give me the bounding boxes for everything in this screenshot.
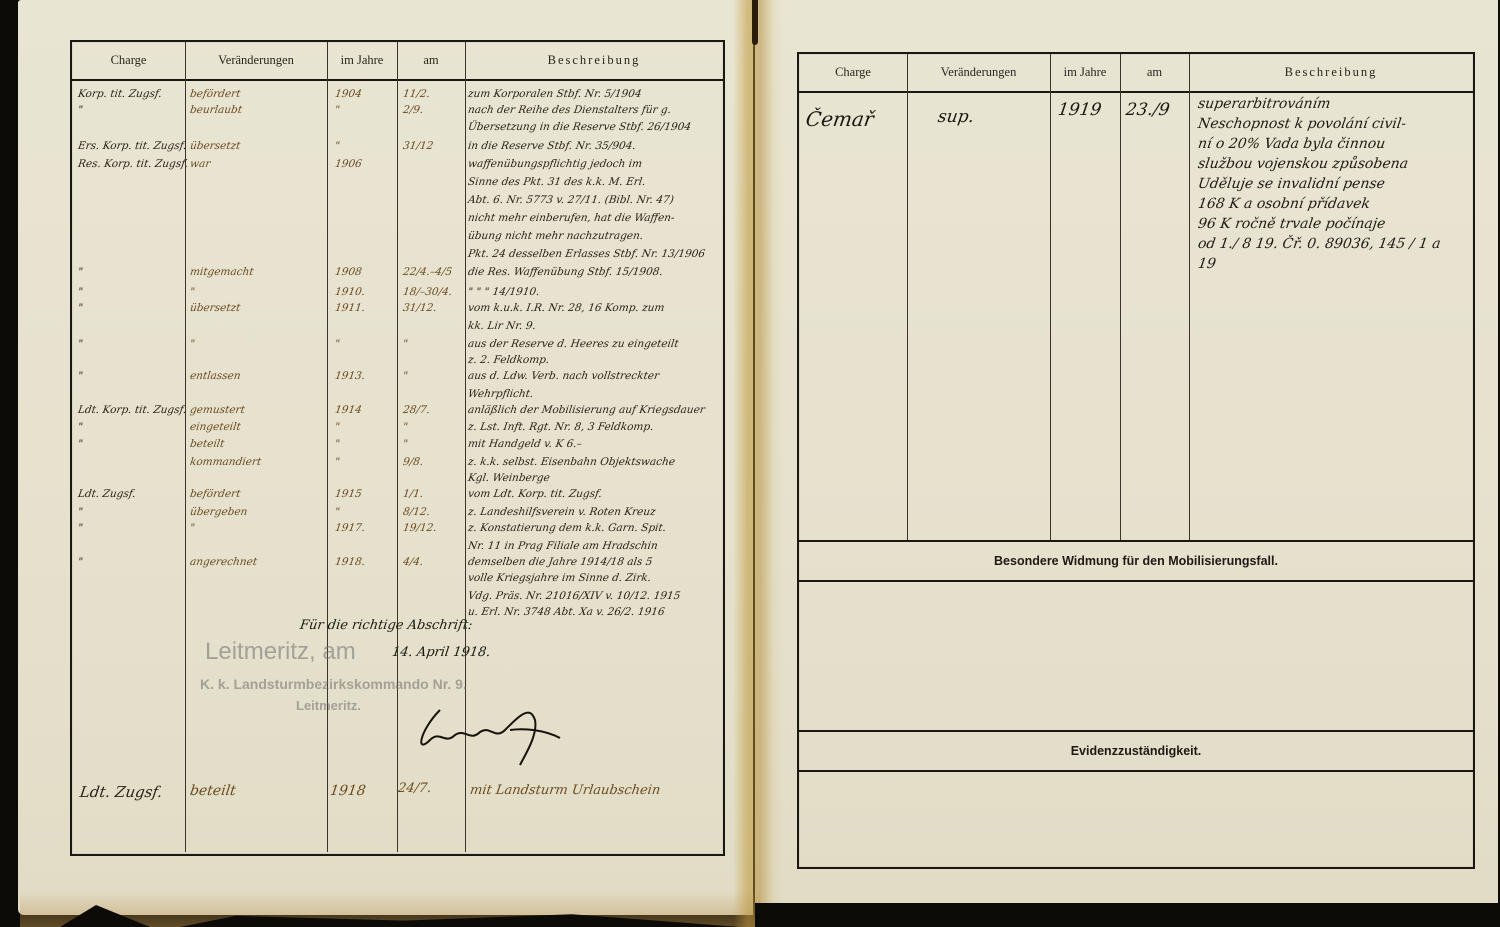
signature-icon bbox=[410, 700, 570, 770]
row-description: die Res. Waffenübung Stbf. 15/1908. bbox=[467, 266, 663, 278]
row-description: waffenübungspflichtig jedoch im bbox=[467, 158, 643, 170]
row-change: befördert bbox=[189, 488, 241, 500]
row-change: gemustert bbox=[189, 404, 245, 416]
stamp-city: Leitmeritz. bbox=[296, 698, 361, 713]
stamp-place: Leitmeritz, am bbox=[205, 638, 356, 666]
final-row-year: 1918 bbox=[329, 783, 367, 799]
description-line: službou vojenskou způsobena bbox=[1197, 156, 1409, 172]
right-row-year: 1919 bbox=[1057, 100, 1103, 120]
column-rule bbox=[1189, 54, 1190, 540]
row-date: 19/12. bbox=[402, 522, 437, 534]
row-description: übung nicht mehr nachzutragen. bbox=[467, 230, 644, 242]
final-row-charge: Ldt. Zugsf. bbox=[79, 783, 164, 801]
row-change: befördert bbox=[189, 88, 241, 100]
col-charge: Charge bbox=[72, 42, 185, 79]
row-description: Kgl. Weinberge bbox=[467, 472, 550, 484]
right-record-table: Charge Veränderungen im Jahre am Beschre… bbox=[797, 52, 1475, 869]
row-change: angerechnet bbox=[189, 556, 258, 568]
row-description: Pkt. 24 desselben Erlasses Stbf. Nr. 13/… bbox=[467, 248, 706, 260]
row-year: 1908 bbox=[334, 266, 362, 278]
row-description: z. Konstatierung dem k.k. Garn. Spit. bbox=[467, 522, 667, 534]
row-description: anläßlich der Mobilisierung auf Kriegsda… bbox=[467, 404, 706, 416]
row-description: aus der Reserve d. Heeres zu eingeteilt bbox=[467, 338, 679, 350]
table-header: Charge Veränderungen im Jahre am Beschre… bbox=[799, 54, 1473, 93]
row-description: z. 2. Feldkomp. bbox=[467, 354, 550, 366]
row-year: 1906 bbox=[334, 158, 362, 170]
col-year: im Jahre bbox=[1050, 54, 1120, 91]
column-rule bbox=[907, 54, 908, 540]
final-row-date: 24/7. bbox=[397, 781, 432, 796]
row-date: 22/4.–4/5 bbox=[402, 266, 453, 278]
row-description: kk. Lir Nr. 9. bbox=[467, 320, 537, 332]
row-charge: Res. Korp. tit. Zugsf. bbox=[77, 158, 189, 170]
row-change: entlassen bbox=[189, 370, 241, 382]
row-description: demselben die Jahre 1914/18 als 5 bbox=[467, 556, 653, 568]
row-description: mit Handgeld v. K 6.– bbox=[467, 438, 583, 450]
col-charge: Charge bbox=[799, 54, 907, 91]
col-changes: Veränderungen bbox=[907, 54, 1050, 91]
column-rule bbox=[397, 42, 398, 852]
col-description: Beschreibung bbox=[465, 42, 723, 79]
row-year: 1914 bbox=[334, 404, 362, 416]
row-change: übergeben bbox=[189, 506, 248, 518]
row-charge: Ldt. Zugsf. bbox=[77, 488, 136, 500]
right-row-date: 23./9 bbox=[1125, 100, 1171, 120]
row-change: mitgemacht bbox=[189, 266, 254, 278]
row-date: 2/9. bbox=[402, 104, 424, 116]
row-change: eingeteilt bbox=[189, 421, 241, 433]
stamp-command: K. k. Landsturmbezirkskommando Nr. 9. bbox=[200, 676, 467, 692]
row-date: 4/4. bbox=[402, 556, 424, 568]
description-line: 19 bbox=[1197, 256, 1217, 272]
description-line: 96 K ročně trvale počínaje bbox=[1197, 216, 1387, 232]
row-charge: Korp. tit. Zugsf. bbox=[77, 88, 162, 100]
row-description: volle Kriegsjahre im Sinne d. Zirk. bbox=[467, 572, 652, 584]
row-description: Übersetzung in die Reserve Stbf. 26/1904 bbox=[467, 121, 692, 133]
row-year: 1910. bbox=[334, 286, 366, 298]
evidence-section-header: Evidenzzuständigkeit. bbox=[799, 730, 1473, 772]
row-description: zum Korporalen Stbf. Nr. 5/1904 bbox=[467, 88, 642, 100]
row-year: 1913. bbox=[334, 370, 366, 382]
page-bottom-edge bbox=[755, 903, 1500, 927]
row-description: aus d. Ldw. Verb. nach vollstreckter bbox=[467, 370, 660, 382]
mobilization-section-header: Besondere Widmung für den Mobilisierungs… bbox=[799, 540, 1473, 582]
row-description: u. Erl. Nr. 3748 Abt. Xa v. 26/2. 1916 bbox=[467, 606, 665, 618]
col-description: Beschreibung bbox=[1189, 54, 1473, 91]
description-line: Neschopnost k povolání civil- bbox=[1197, 116, 1407, 132]
row-date: 8/12. bbox=[402, 506, 431, 518]
row-description: in die Reserve Stbf. Nr. 35/904. bbox=[467, 140, 636, 152]
row-change: beteilt bbox=[189, 438, 225, 450]
certification-date: 14. April 1918. bbox=[391, 645, 492, 660]
row-description: z. Landeshilfsverein v. Roten Kreuz bbox=[467, 506, 656, 518]
row-change: beurlaubt bbox=[189, 104, 243, 116]
row-date: 18/–30/4. bbox=[402, 286, 453, 298]
col-year: im Jahre bbox=[327, 42, 397, 79]
row-description: " " " 14/1910. bbox=[467, 286, 540, 298]
row-description: Wehrpflicht. bbox=[467, 388, 534, 400]
description-line: superarbitrováním bbox=[1197, 96, 1332, 112]
book-fold bbox=[733, 0, 783, 927]
description-line: od 1./ 8 19. Čř. 0. 89036, 145 / 1 a bbox=[1197, 236, 1442, 252]
column-rule bbox=[1120, 54, 1121, 540]
row-description: Vdg. Präs. Nr. 21016/XIV v. 10/12. 1915 bbox=[467, 590, 681, 602]
row-description: z. k.k. selbst. Eisenbahn Objektswache bbox=[467, 456, 676, 468]
row-year: 1911. bbox=[334, 302, 366, 314]
col-changes: Veränderungen bbox=[185, 42, 327, 79]
row-year: 1917. bbox=[334, 522, 366, 534]
row-description: Abt. 6. Nr. 5773 v. 27/11. (Bibl. Nr. 47… bbox=[467, 194, 674, 206]
row-charge: Ldt. Korp. tit. Zugsf. bbox=[77, 404, 187, 416]
col-date: am bbox=[1120, 54, 1189, 91]
row-year: 1915 bbox=[334, 488, 362, 500]
row-year: 1918. bbox=[334, 556, 366, 568]
row-charge: Ers. Korp. tit. Zugsf. bbox=[77, 140, 187, 152]
description-line: Uděluje se invalidní pense bbox=[1197, 176, 1386, 192]
row-change: übersetzt bbox=[189, 302, 241, 314]
row-description: nicht mehr einberufen, hat die Waffen- bbox=[467, 212, 675, 224]
final-row-description: mit Landsturm Urlaubschein bbox=[469, 783, 661, 798]
row-date: 28/7. bbox=[402, 404, 431, 416]
row-description: vom Ldt. Korp. tit. Zugsf. bbox=[467, 488, 603, 500]
column-rule bbox=[1050, 54, 1051, 540]
right-row-charge: Čeтař bbox=[804, 107, 875, 131]
row-description: nach der Reihe des Dienstalters für g. bbox=[467, 104, 672, 116]
description-line: 168 K a osobní přídavek bbox=[1197, 196, 1371, 212]
row-description: vom k.u.k. I.R. Nr. 28, 16 Komp. zum bbox=[467, 302, 665, 314]
row-description: Sinne des Pkt. 31 des k.k. M. Erl. bbox=[467, 176, 646, 188]
final-row-change: beteilt bbox=[189, 783, 237, 799]
row-change: war bbox=[189, 158, 211, 170]
row-change: übersetzt bbox=[189, 140, 241, 152]
row-change: kommandiert bbox=[189, 456, 262, 468]
row-date: 11/2. bbox=[402, 88, 431, 100]
description-line: ní o 20% Vada byla činnou bbox=[1197, 136, 1387, 152]
column-rule bbox=[327, 42, 328, 852]
row-date: 31/12. bbox=[402, 302, 437, 314]
row-description: z. Lst. Inft. Rgt. Nr. 8, 3 Feldkomp. bbox=[467, 421, 654, 433]
fold-notch bbox=[752, 0, 758, 45]
certification-note: Für die richtige Abschrift: bbox=[299, 618, 474, 633]
row-description: Nr. 11 in Prag Filiale am Hradschin bbox=[467, 540, 658, 552]
row-year: 1904 bbox=[334, 88, 362, 100]
row-date: 1/1. bbox=[402, 488, 424, 500]
row-date: 9/8. bbox=[402, 456, 424, 468]
right-row-change: sup. bbox=[937, 107, 976, 127]
col-date: am bbox=[397, 42, 465, 79]
row-date: 31/12 bbox=[402, 140, 434, 152]
